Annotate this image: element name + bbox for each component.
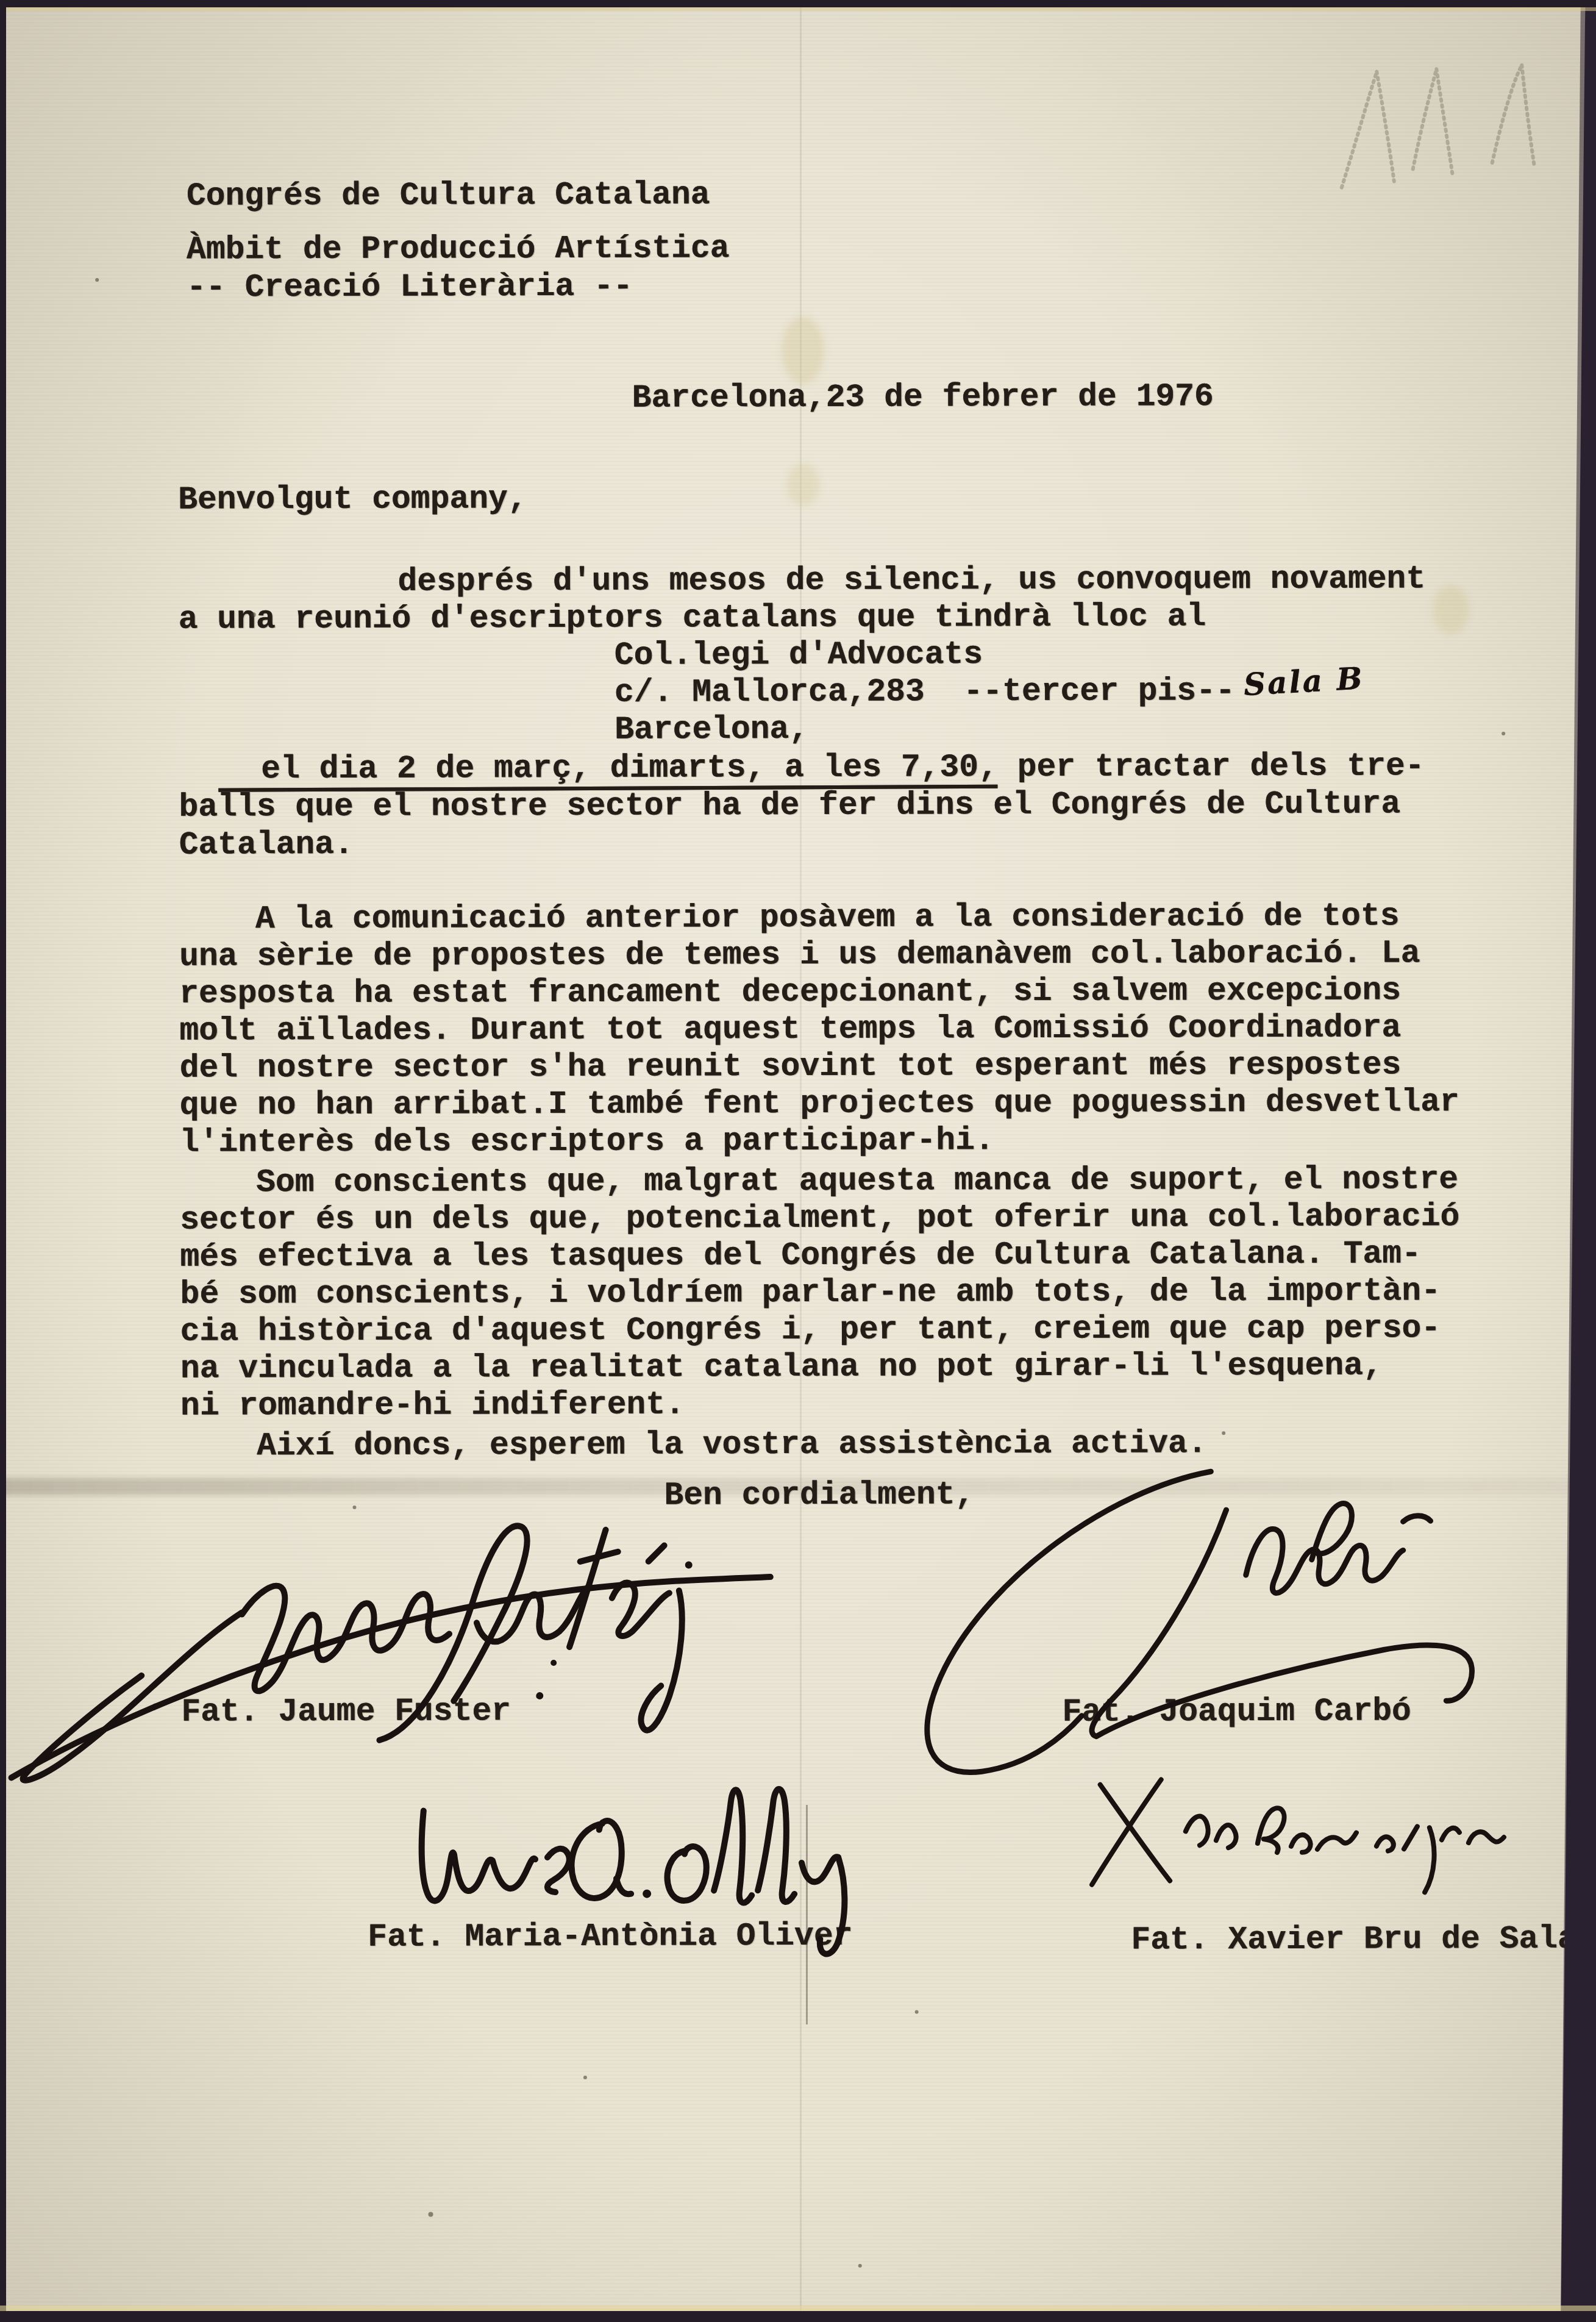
body-line: una sèrie de propostes de temes i us dem… bbox=[179, 937, 1420, 974]
closing-line: Així doncs, esperem la vostra assistènci… bbox=[257, 1427, 1207, 1463]
org-section-line: -- Creació Literària -- bbox=[187, 270, 633, 305]
body-line: sector és un dels que, potencialment, po… bbox=[180, 1200, 1459, 1237]
body-line: cia històrica d'aquest Congrés i, per ta… bbox=[180, 1312, 1441, 1349]
signature-caption-bru: Fat. Xavier Bru de Sala bbox=[1131, 1923, 1577, 1958]
page-top-paper-edge bbox=[0, 7, 1596, 11]
body-line: després d'uns mesos de silenci, us convo… bbox=[397, 562, 1425, 599]
body-line: A la comunicació anterior posàvem a la c… bbox=[255, 899, 1400, 937]
letter-content: Congrés de Cultura Catalana Àmbit de Pro… bbox=[0, 0, 1596, 2322]
body-line: Som conscients que, malgrat aquesta manc… bbox=[256, 1163, 1458, 1200]
body-line: balls que el nostre sector ha de fer din… bbox=[179, 787, 1400, 824]
body-line: que no han arribat.I també fent projecte… bbox=[180, 1085, 1459, 1123]
scanned-letter-page: Congrés de Cultura Catalana Àmbit de Pro… bbox=[0, 0, 1596, 2322]
scan-background-top bbox=[0, 0, 1596, 7]
salutation-line: Benvolgut company, bbox=[178, 482, 527, 517]
meeting-datetime-underlined: el dia 2 de març, dimarts, a les 7,30, bbox=[261, 749, 998, 787]
jaume-fuster-signature bbox=[11, 1525, 771, 1780]
org-dept-line: Àmbit de Producció Artística bbox=[187, 232, 730, 267]
venue-city-line: Barcelona, bbox=[615, 713, 808, 747]
meeting-datetime-line: el dia 2 de març, dimarts, a les 7,30, p… bbox=[261, 749, 1424, 787]
signature-caption-fuster: Fat. Jaume Fuster bbox=[181, 1695, 511, 1729]
signature-caption-oliver: Fat. Maria-Antònia Oliver bbox=[368, 1920, 852, 1955]
body-line: na vinculada a la realitat catalana no p… bbox=[180, 1349, 1383, 1386]
body-line: l'interès dels escriptors a participar-h… bbox=[180, 1124, 994, 1160]
signature-caption-carbo: Fat. Joaquim Carbó bbox=[1062, 1695, 1411, 1729]
handwritten-room-note: Sala B bbox=[1242, 660, 1365, 702]
xavier-bru-de-sala-signature bbox=[1092, 1779, 1504, 1893]
valediction-line: Ben cordialment, bbox=[664, 1478, 974, 1513]
body-line: ni romandre-hi indiferent. bbox=[180, 1388, 685, 1423]
pencil-scribbles bbox=[1341, 65, 1534, 188]
body-line: del nostre sector s'ha reunit sovint tot… bbox=[180, 1048, 1402, 1085]
body-line: més efectiva a les tasques del Congrés d… bbox=[180, 1237, 1421, 1274]
scan-background-bottom bbox=[0, 2311, 1596, 2322]
body-line: Catalana. bbox=[179, 828, 354, 862]
body-line: bé som conscients, i voldríem parlar-ne … bbox=[180, 1274, 1440, 1312]
body-line: molt aïllades. Durant tot aquest temps l… bbox=[179, 1011, 1401, 1048]
body-line: resposta ha estat francament decepcionan… bbox=[179, 974, 1401, 1011]
page-bottom-paper-edge bbox=[0, 2306, 1596, 2311]
dateline: Barcelona,23 de febrer de 1976 bbox=[632, 380, 1214, 415]
venue-name-line: Col.legi d'Advocats bbox=[615, 638, 983, 673]
meeting-datetime-rest: per tractar dels tre- bbox=[998, 748, 1425, 785]
body-line: a una reunió d'escriptors catalans que t… bbox=[179, 600, 1206, 637]
scan-background-left bbox=[0, 0, 6, 2322]
org-name-line: Congrés de Cultura Catalana bbox=[187, 178, 710, 213]
venue-address-line: c/. Mallorca,283 --tercer pis-- bbox=[615, 674, 1235, 710]
